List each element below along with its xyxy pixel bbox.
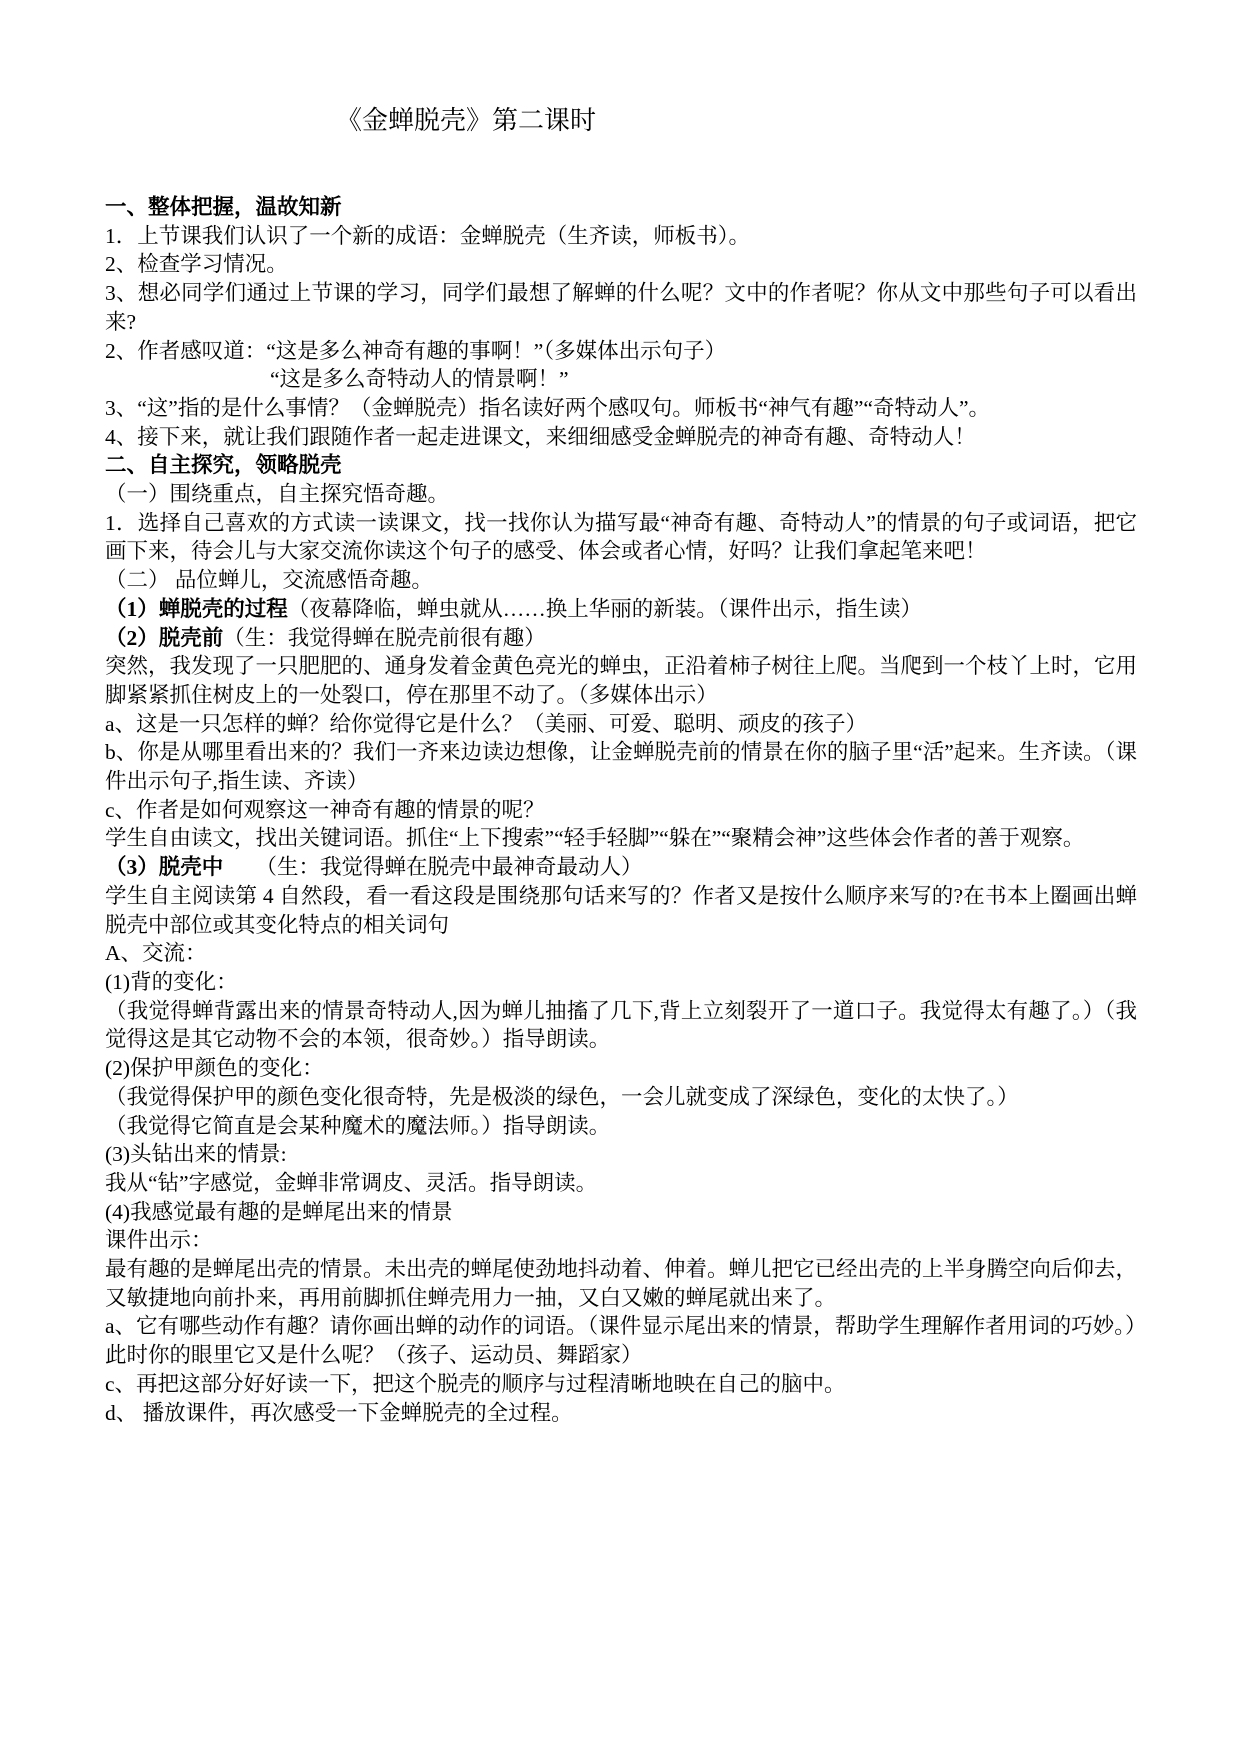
paragraph: 1．选择自己喜欢的方式读一读课文，找一找你认为描写最“神奇有趣、奇特动人”的情景… — [105, 509, 1137, 566]
quote-line: “这是多么奇特动人的情景啊！” — [105, 365, 1137, 394]
sub-heading-note: （生：我觉得蝉在脱壳前很有趣） — [223, 626, 546, 650]
paragraph: 突然，我发现了一只肥肥的、通身发着金黄色亮光的蝉虫，正沿着柿子树往上爬。当爬到一… — [105, 652, 1137, 709]
paragraph: 2、检查学习情况。 — [105, 250, 1137, 279]
paragraph: (3)头钻出来的情景: — [105, 1140, 1137, 1169]
sub-heading-note: （生：我觉得蝉在脱壳中最神奇最动人） — [223, 855, 642, 879]
paragraph: 我从“钻”字感觉，金蝉非常调皮、灵活。指导朗读。 — [105, 1169, 1137, 1198]
paragraph: （二） 品位蝉儿，交流感悟奇趣。 — [105, 566, 1137, 595]
paragraph: （我觉得它简直是会某种魔术的魔法师。）指导朗读。 — [105, 1112, 1137, 1141]
paragraph: 3、“这”指的是什么事情？（金蝉脱壳）指名读好两个感叹句。师板书“神气有趣”“奇… — [105, 394, 1137, 423]
paragraph: (1)背的变化： — [105, 968, 1137, 997]
paragraph: (2)保护甲颜色的变化： — [105, 1054, 1137, 1083]
paragraph: 学生自由读文，找出关键词语。抓住“上下搜索”“轻手轻脚”“躲在”“聚精会神”这些… — [105, 824, 1137, 853]
paragraph: 此时你的眼里它又是什么呢？（孩子、运动员、舞蹈家） — [105, 1341, 1137, 1370]
paragraph: （我觉得保护甲的颜色变化很奇特，先是极淡的绿色，一会儿就变成了深绿色，变化的太快… — [105, 1083, 1137, 1112]
sub-heading-label: （3）脱壳中 — [105, 855, 223, 879]
paragraph: 2、作者感叹道：“这是多么神奇有趣的事啊！”（多媒体出示句子） — [105, 337, 1137, 366]
section-heading-1: 一、整体把握，温故知新 — [105, 193, 1137, 222]
paragraph: c、作者是如何观察这一神奇有趣的情景的呢？ — [105, 796, 1137, 825]
paragraph: (4)我感觉最有趣的是蝉尾出来的情景 — [105, 1198, 1137, 1227]
sub-heading-label: （1）蝉脱壳的过程 — [105, 597, 288, 621]
paragraph: b、你是从哪里看出来的？我们一齐来边读边想像，让金蝉脱壳前的情景在你的脑子里“活… — [105, 738, 1137, 795]
document-title: 《金蝉脱壳》第二课时 — [105, 104, 1137, 137]
paragraph: 学生自主阅读第 4 自然段，看一看这段是围绕那句话来写的？作者又是按什么顺序来写… — [105, 882, 1137, 939]
paragraph: 1．上节课我们认识了一个新的成语：金蝉脱壳（生齐读，师板书）。 — [105, 222, 1137, 251]
paragraph: 最有趣的是蝉尾出壳的情景。未出壳的蝉尾使劲地抖动着、伸着。蝉儿把它已经出壳的上半… — [105, 1255, 1137, 1312]
paragraph: （一）围绕重点，自主探究悟奇趣。 — [105, 480, 1137, 509]
paragraph: 4、接下来，就让我们跟随作者一起走进课文，来细细感受金蝉脱壳的神奇有趣、奇特动人… — [105, 423, 1137, 452]
paragraph: 课件出示： — [105, 1226, 1137, 1255]
paragraph: c、再把这部分好好读一下，把这个脱壳的顺序与过程清晰地映在自己的脑中。 — [105, 1370, 1137, 1399]
paragraph: 3、想必同学们通过上节课的学习，同学们最想了解蝉的什么呢？文中的作者呢？你从文中… — [105, 279, 1137, 336]
sub-heading-shelling-process: （1）蝉脱壳的过程（夜幕降临，蝉虫就从……换上华丽的新装。（课件出示，指生读） — [105, 595, 1137, 624]
sub-heading-before-shelling: （2）脱壳前（生：我觉得蝉在脱壳前很有趣） — [105, 624, 1137, 653]
paragraph: （我觉得蝉背露出来的情景奇特动人,因为蝉儿抽搐了几下,背上立刻裂开了一道口子。我… — [105, 997, 1137, 1054]
sub-heading-note: （夜幕降临，蝉虫就从……换上华丽的新装。（课件出示，指生读） — [288, 597, 922, 621]
section-heading-2: 二、自主探究，领略脱壳 — [105, 451, 1137, 480]
paragraph: A、交流： — [105, 939, 1137, 968]
paragraph: d、 播放课件，再次感受一下金蝉脱壳的全过程。 — [105, 1399, 1137, 1428]
document-page: 《金蝉脱壳》第二课时 一、整体把握，温故知新 1．上节课我们认识了一个新的成语：… — [0, 0, 1241, 1755]
sub-heading-during-shelling: （3）脱壳中 （生：我觉得蝉在脱壳中最神奇最动人） — [105, 853, 1137, 882]
paragraph: a、它有哪些动作有趣？请你画出蝉的动作的词语。（课件显示尾出来的情景，帮助学生理… — [105, 1312, 1137, 1341]
paragraph: a、这是一只怎样的蝉？给你觉得它是什么？（美丽、可爱、聪明、顽皮的孩子） — [105, 710, 1137, 739]
sub-heading-label: （2）脱壳前 — [105, 626, 223, 650]
